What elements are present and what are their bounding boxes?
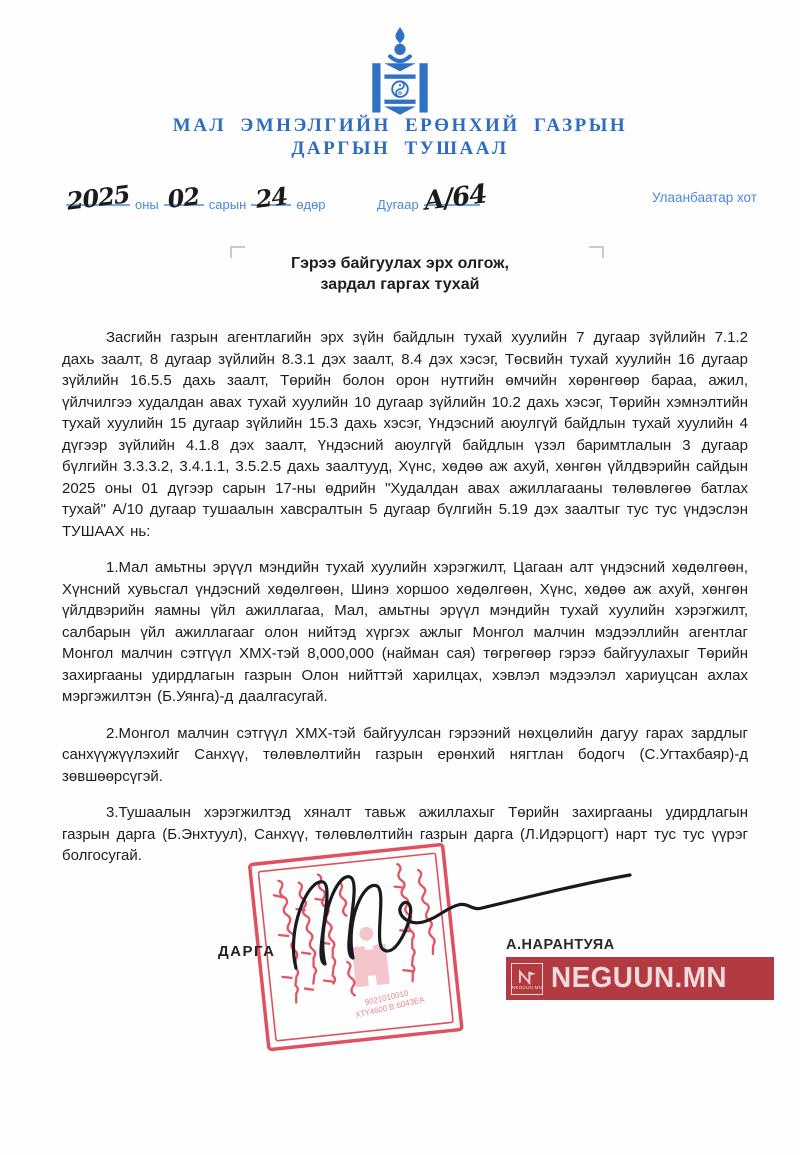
city-label: Улаанбаатар хот: [652, 190, 757, 205]
scanned-official-order-page: МАЛ ЭМНЭЛГИЙН ЕРӨНХИЙ ГАЗРЫН ДАРГЫН ТУША…: [0, 0, 800, 1155]
org-title-line2: ДАРГЫН ТУШААЛ: [0, 137, 800, 160]
director-name-label: А.НАРАНТУЯА: [506, 937, 615, 953]
month-blank: 02: [164, 186, 204, 206]
order-number-field: ДугаарА/64: [372, 186, 480, 212]
org-title-line1: МАЛ ЭМНЭЛГИЙН ЕРӨНХИЙ ГАЗРЫН: [0, 114, 800, 137]
number-handwritten: А/64: [422, 179, 488, 216]
neguun-watermark-banner: NEGUUN.MN NEGUUN.MN: [506, 957, 774, 1000]
year-label: оны: [135, 197, 159, 212]
date-row: 2025оны02сарын24өдөр ДугаарА/64 Улаанбаа…: [0, 172, 800, 222]
subject-line2: зардал гаргах тухай: [0, 274, 800, 295]
director-title-label: ДАРГА: [218, 943, 275, 960]
year-handwritten: 2025: [65, 179, 131, 215]
number-label: Дугаар: [377, 197, 419, 212]
body-text: Засгийн газрын агентлагийн эрх зүйн байд…: [62, 327, 748, 882]
org-title: МАЛ ЭМНЭЛГИЙН ЕРӨНХИЙ ГАЗРЫН ДАРГЫН ТУША…: [0, 114, 800, 160]
number-blank: А/64: [424, 186, 480, 206]
clause-2-paragraph: 2.Монгол малчин сэтгүүл ХМХ-тэй байгуулс…: [62, 723, 748, 788]
day-handwritten: 24: [254, 181, 289, 214]
day-blank: 24: [251, 186, 291, 206]
preamble-paragraph: Засгийн газрын агентлагийн эрх зүйн байд…: [62, 327, 748, 542]
month-label: сарын: [209, 197, 246, 212]
subject-title: Гэрээ байгуулах эрх олгож, зардал гаргах…: [0, 253, 800, 295]
neguun-watermark-text: NEGUUN.MN: [551, 962, 727, 995]
subject-line1: Гэрээ байгуулах эрх олгож,: [0, 253, 800, 274]
soyombo-emblem-icon: [361, 26, 439, 121]
clause-1-paragraph: 1.Мал амьтны эрүүл мэндийн тухай хуулийн…: [62, 557, 748, 708]
date-fields: 2025оны02сарын24өдөр: [66, 186, 331, 212]
day-label: өдөр: [296, 197, 325, 212]
month-handwritten: 02: [166, 181, 201, 214]
neguun-logo-text: NEGUUN.MN: [512, 985, 542, 990]
neguun-logo-icon: NEGUUN.MN: [511, 963, 543, 995]
stamp-serial: 9021010010 ХТҮ4600 В 6043ЕА: [352, 985, 426, 1020]
year-blank: 2025: [66, 186, 130, 206]
